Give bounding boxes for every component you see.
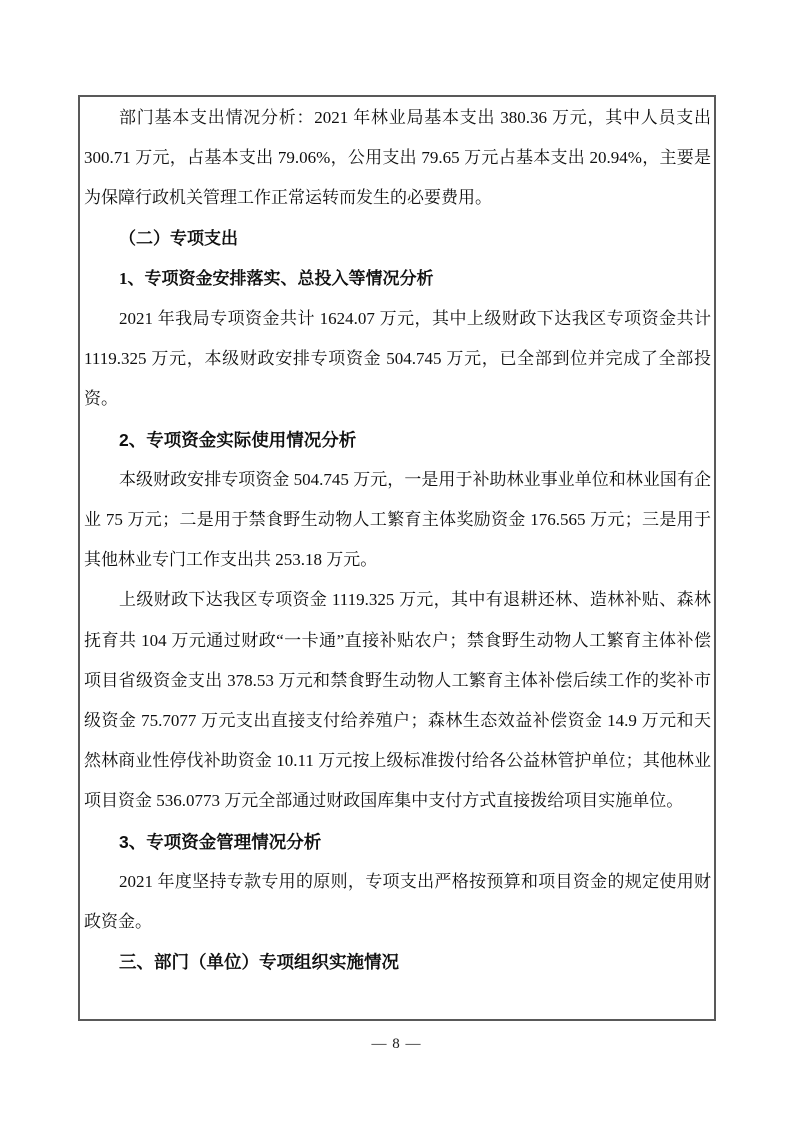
heading-section-3-implementation: 三、部门（单位）专项组织实施情况 bbox=[84, 942, 711, 982]
heading-section-2-special-expenditure: （二）专项支出 bbox=[84, 219, 711, 259]
report-content-frame: 部门基本支出情况分析：2021 年林业局基本支出 380.36 万元，其中人员支… bbox=[78, 95, 716, 1021]
paragraph-fund-management: 2021 年度坚持专款专用的原则，专项支出严格按预算和项目资金的规定使用财政资金… bbox=[84, 862, 711, 942]
paragraph-basic-expenditure-analysis: 部门基本支出情况分析：2021 年林业局基本支出 380.36 万元，其中人员支… bbox=[84, 98, 711, 219]
paragraph-special-fund-total: 2021 年我局专项资金共计 1624.07 万元，其中上级财政下达我区专项资金… bbox=[84, 299, 711, 420]
paragraph-higher-level-fund-use: 上级财政下达我区专项资金 1119.325 万元，其中有退耕还林、造林补贴、森林… bbox=[84, 580, 711, 821]
paragraph-local-fund-use: 本级财政安排专项资金 504.745 万元，一是用于补助林业事业单位和林业国有企… bbox=[84, 460, 711, 581]
document-page: 部门基本支出情况分析：2021 年林业局基本支出 380.36 万元，其中人员支… bbox=[0, 0, 793, 1122]
page-number: — 8 — bbox=[372, 1036, 422, 1052]
heading-3-fund-management-analysis: 3、专项资金管理情况分析 bbox=[84, 822, 711, 862]
page-footer: — 8 — bbox=[0, 1036, 793, 1053]
heading-1-fund-arrangement-analysis: 1、专项资金安排落实、总投入等情况分析 bbox=[84, 259, 711, 299]
heading-2-actual-use-analysis: 2、专项资金实际使用情况分析 bbox=[84, 420, 711, 460]
